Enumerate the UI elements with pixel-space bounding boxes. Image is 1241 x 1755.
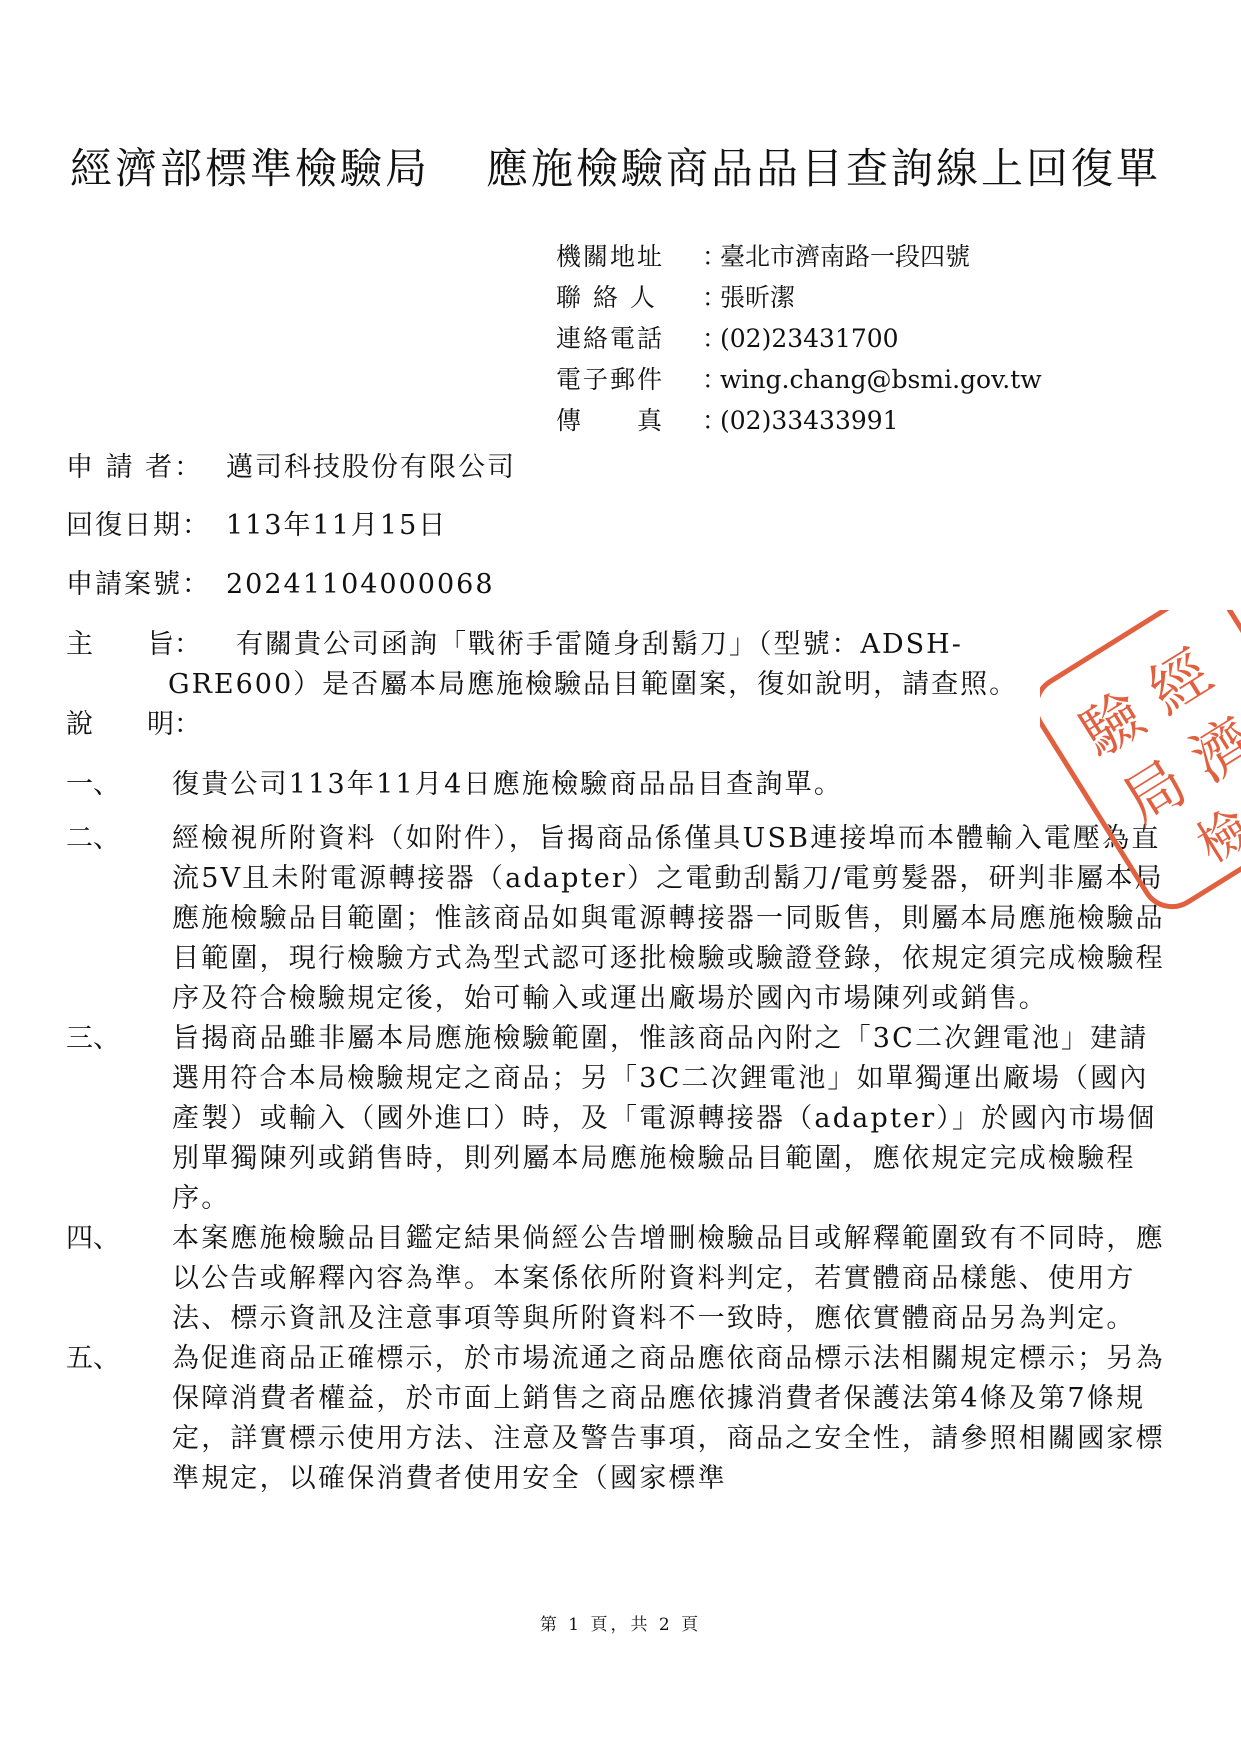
subject-text: 有關貴公司函詢「戰術手雷隨身刮鬍刀」（型號：ADSH-GRE600）是否屬本局應…	[168, 625, 1068, 705]
applicant-label: 申 請 者：	[66, 445, 226, 484]
explanation-label: 說 明：	[66, 702, 201, 741]
svg-text:經: 經	[1137, 637, 1225, 728]
reply-date-value: 113年11月15日	[226, 510, 447, 541]
list-item: 一、 復貴公司113年11月4日應施檢驗商品品目查詢單。	[66, 765, 1176, 805]
contact-email: 電子郵件：wing.chang@bsmi.gov.tw	[556, 359, 1042, 400]
svg-text:濟: 濟	[1179, 705, 1241, 796]
list-item: 四、 本案應施檢驗品目鑑定結果倘經公告增刪檢驗品目或解釋範圍致有不同時，應以公告…	[66, 1219, 1176, 1339]
agency-name: 經濟部標準檢驗局	[70, 144, 430, 193]
applicant-row: 申 請 者：邁司科技股份有限公司	[66, 445, 516, 484]
explanation-list: 一、 復貴公司113年11月4日應施檢驗商品品目查詢單。 二、 經檢視所附資料（…	[66, 765, 1176, 1499]
list-item: 三、 旨揭商品雖非屬本局應施檢驗範圍，惟該商品內附之「3C二次鋰電池」建請選用符…	[66, 1019, 1176, 1219]
case-number-label: 申請案號：	[66, 562, 226, 601]
svg-text:驗: 驗	[1068, 679, 1158, 771]
reply-date-label: 回復日期：	[66, 503, 226, 542]
applicant-value: 邁司科技股份有限公司	[226, 452, 516, 483]
document-title: 經濟部標準檢驗局應施檢驗商品品目查詢線上回復單	[70, 136, 1180, 196]
case-number-row: 申請案號：20241104000068	[66, 562, 495, 601]
contact-address: 機關地址：臺北市濟南路一段四號	[556, 236, 1042, 277]
form-name: 應施檢驗商品品目查詢線上回復單	[486, 144, 1161, 193]
contact-phone: 連絡電話：(02)23431700	[556, 318, 1042, 359]
contact-fax: 傳 真：(02)33433991	[556, 400, 1042, 441]
case-number-value: 20241104000068	[226, 569, 495, 600]
reply-date-row: 回復日期：113年11月15日	[66, 503, 447, 542]
contact-person: 聯 絡 人：張昕潔	[556, 277, 1042, 318]
contact-block: 機關地址：臺北市濟南路一段四號 聯 絡 人：張昕潔 連絡電話：(02)23431…	[556, 236, 1042, 441]
svg-text:檢: 檢	[1187, 798, 1241, 874]
list-item: 二、 經檢視所附資料（如附件），旨揭商品係僅具USB連接埠而本體輸入電壓為直流5…	[66, 819, 1176, 1019]
page-number: 第 1 頁，共 2 頁	[0, 1610, 1241, 1635]
list-item: 五、 為促進商品正確標示，於市場流通之商品應依商品標示法相關規定標示；另為保障消…	[66, 1339, 1176, 1499]
